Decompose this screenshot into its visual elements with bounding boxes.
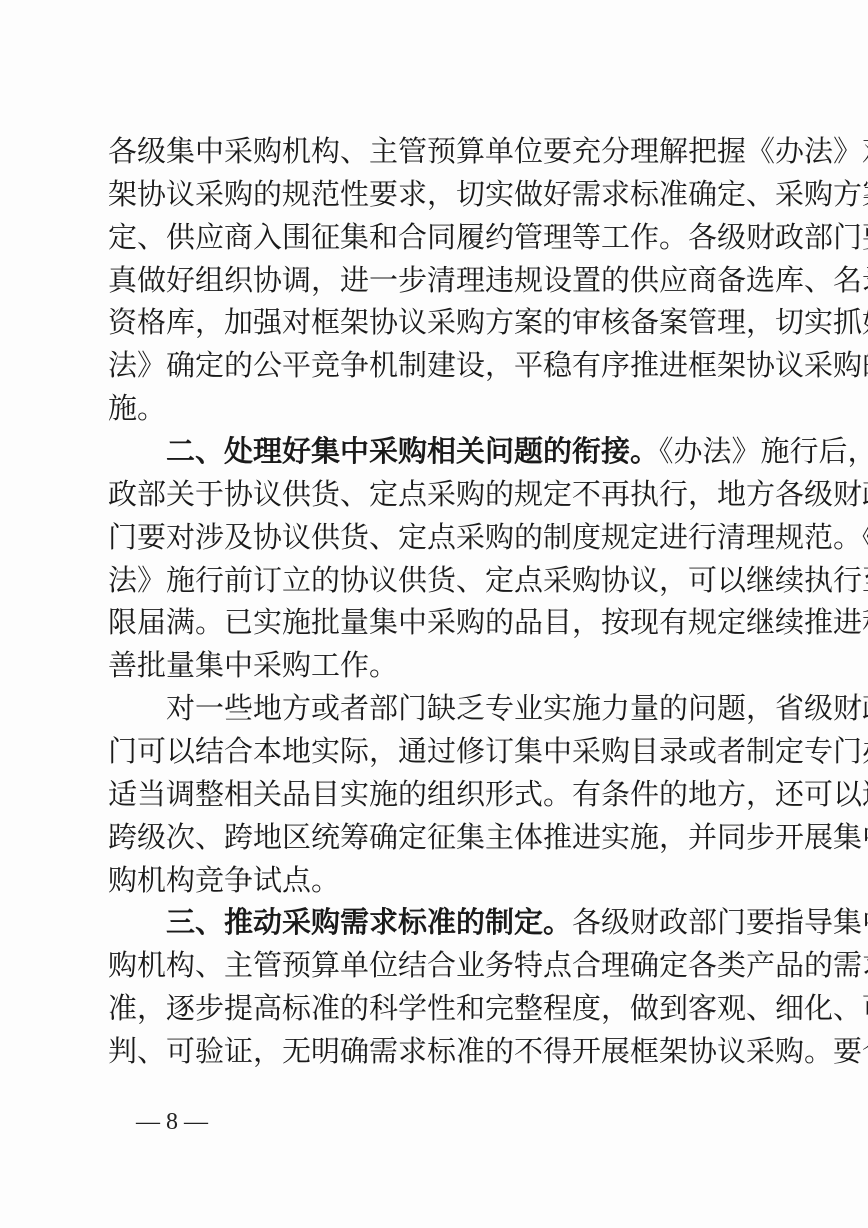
text-line: 准，逐步提高标准的科学性和完整程度，做到客观、细化、可评 xyxy=(108,988,764,1028)
line-text: 架协议采购的规范性要求，切实做好需求标准确定、采购方案拟 xyxy=(108,177,868,211)
line-text: 跨级次、跨地区统筹确定征集主体推进实施，并同步开展集中采 xyxy=(108,820,868,854)
line-text: 对一些地方或者部门缺乏专业实施力量的问题，省级财政部 xyxy=(108,691,868,725)
text-line: 架协议采购的规范性要求，切实做好需求标准确定、采购方案拟 xyxy=(108,174,764,214)
text-line: 门可以结合本地实际，通过修订集中采购目录或者制定专门办法， xyxy=(108,731,764,771)
document-page: 各级集中采购机构、主管预算单位要充分理解把握《办法》对框 架协议采购的规范性要求… xyxy=(0,0,868,1228)
text-line: 真做好组织协调，进一步清理违规设置的供应商备选库、名录库、 xyxy=(108,260,764,300)
page-number: — 8 — xyxy=(136,1106,208,1138)
text-line: 门要对涉及协议供货、定点采购的制度规定进行清理规范。《办 xyxy=(108,517,764,557)
section-two-heading: 二、处理好集中采购相关问题的衔接。 xyxy=(108,434,659,468)
line-text: 资格库，加强对框架协议采购方案的审核备案管理，切实抓好《办 xyxy=(108,305,868,339)
line-text: 购机构竞争试点。 xyxy=(108,863,340,897)
text-line: 购机构竞争试点。 xyxy=(108,860,764,900)
text-line: 善批量集中采购工作。 xyxy=(108,645,764,685)
text-line: 跨级次、跨地区统筹确定征集主体推进实施，并同步开展集中采 xyxy=(108,817,764,857)
line-text: 准，逐步提高标准的科学性和完整程度，做到客观、细化、可评 xyxy=(108,991,868,1025)
line-text: 定、供应商入围征集和合同履约管理等工作。各级财政部门要认 xyxy=(108,220,868,254)
text-line: 各级集中采购机构、主管预算单位要充分理解把握《办法》对框 xyxy=(108,131,764,171)
text-line: 适当调整相关品目实施的组织形式。有条件的地方，还可以通过 xyxy=(108,774,764,814)
line-text: 政部关于协议供货、定点采购的规定不再执行，地方各级财政部 xyxy=(108,477,868,511)
section-heading-line: 三、推动采购需求标准的制定。各级财政部门要指导集中采 xyxy=(108,902,764,942)
line-text: 法》施行前订立的协议供货、定点采购协议，可以继续执行至期 xyxy=(108,563,868,597)
line-text: 真做好组织协调，进一步清理违规设置的供应商备选库、名录库、 xyxy=(108,263,868,297)
line-text: 善批量集中采购工作。 xyxy=(108,648,398,682)
line-text: 门要对涉及协议供货、定点采购的制度规定进行清理规范。《办 xyxy=(108,520,868,554)
text-line: 法》确定的公平竞争机制建设，平稳有序推进框架协议采购的实 xyxy=(108,345,764,385)
text-line: 施。 xyxy=(108,388,764,428)
line-text: 门可以结合本地实际，通过修订集中采购目录或者制定专门办法， xyxy=(108,734,868,768)
text-line: 政部关于协议供货、定点采购的规定不再执行，地方各级财政部 xyxy=(108,474,764,514)
text-line: 法》施行前订立的协议供货、定点采购协议，可以继续执行至期 xyxy=(108,560,764,600)
line-text: 各级集中采购机构、主管预算单位要充分理解把握《办法》对框 xyxy=(108,134,868,168)
section-three-heading: 三、推动采购需求标准的制定。 xyxy=(108,905,572,939)
line-text: 适当调整相关品目实施的组织形式。有条件的地方，还可以通过 xyxy=(108,777,868,811)
line-text: 购机构、主管预算单位结合业务特点合理确定各类产品的需求标 xyxy=(108,948,868,982)
text-line: 资格库，加强对框架协议采购方案的审核备案管理，切实抓好《办 xyxy=(108,302,764,342)
line-text: 施。 xyxy=(108,391,166,425)
text-line: 判、可验证，无明确需求标准的不得开展框架协议采购。要合理 xyxy=(108,1031,764,1071)
line-text: 各级财政部门要指导集中采 xyxy=(572,905,868,939)
section-heading-line: 二、处理好集中采购相关问题的衔接。《办法》施行后，财 xyxy=(108,431,764,471)
line-text: 《办法》施行后，财 xyxy=(659,434,868,468)
line-text: 判、可验证，无明确需求标准的不得开展框架协议采购。要合理 xyxy=(108,1034,868,1068)
text-line: 购机构、主管预算单位结合业务特点合理确定各类产品的需求标 xyxy=(108,945,764,985)
line-text: 法》确定的公平竞争机制建设，平稳有序推进框架协议采购的实 xyxy=(108,348,868,382)
line-text: 限届满。已实施批量集中采购的品目，按现有规定继续推进和完 xyxy=(108,605,868,639)
text-line: 限届满。已实施批量集中采购的品目，按现有规定继续推进和完 xyxy=(108,602,764,642)
text-line: 对一些地方或者部门缺乏专业实施力量的问题，省级财政部 xyxy=(108,688,764,728)
text-line: 定、供应商入围征集和合同履约管理等工作。各级财政部门要认 xyxy=(108,217,764,257)
